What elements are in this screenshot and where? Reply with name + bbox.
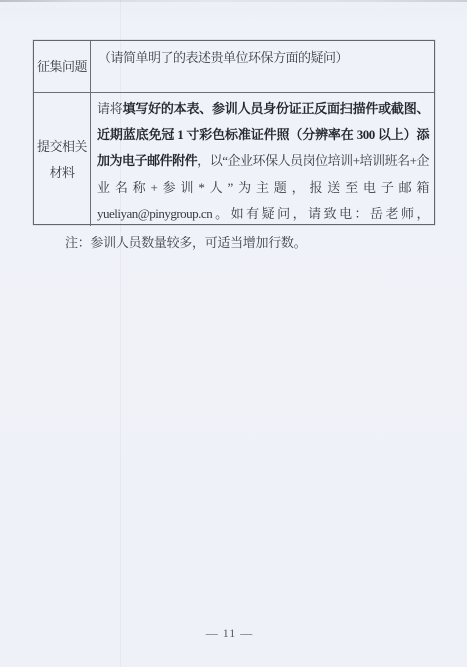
training-registration-table: 征集问题 （请简单明了的表述贵单位环保方面的疑问） 提交相关材料 请将填写好的本… — [33, 40, 435, 225]
scan-top-edge — [0, 0, 467, 2]
collect-questions-cell: （请简单明了的表述贵单位环保方面的疑问） — [90, 41, 434, 92]
row-header-collect-questions: 征集问题 — [34, 41, 90, 92]
row-header-collect-questions-label: 征集问题 — [37, 54, 87, 80]
submit-materials-instructions: 请将填写好的本表、参训人员身份证正反面扫描件或截图、近期蓝底免冠 1 寸彩色标准… — [97, 96, 429, 226]
instructions-segment-intro: 请将 — [97, 101, 123, 116]
footnote-text: 注：参训人员数量较多，可适当增加行数。 — [65, 234, 306, 252]
row-header-submit-materials-label: 提交相关材料 — [36, 134, 88, 186]
row-header-submit-materials: 提交相关材料 — [34, 92, 90, 226]
page-number: — 11 — — [0, 626, 459, 641]
document-page: 征集问题 （请简单明了的表述贵单位环保方面的疑问） 提交相关材料 请将填写好的本… — [0, 0, 467, 667]
collect-questions-hint-text: （请简单明了的表述贵单位环保方面的疑问） — [98, 50, 348, 65]
submit-materials-cell: 请将填写好的本表、参训人员身份证正反面扫描件或截图、近期蓝底免冠 1 寸彩色标准… — [90, 92, 434, 226]
